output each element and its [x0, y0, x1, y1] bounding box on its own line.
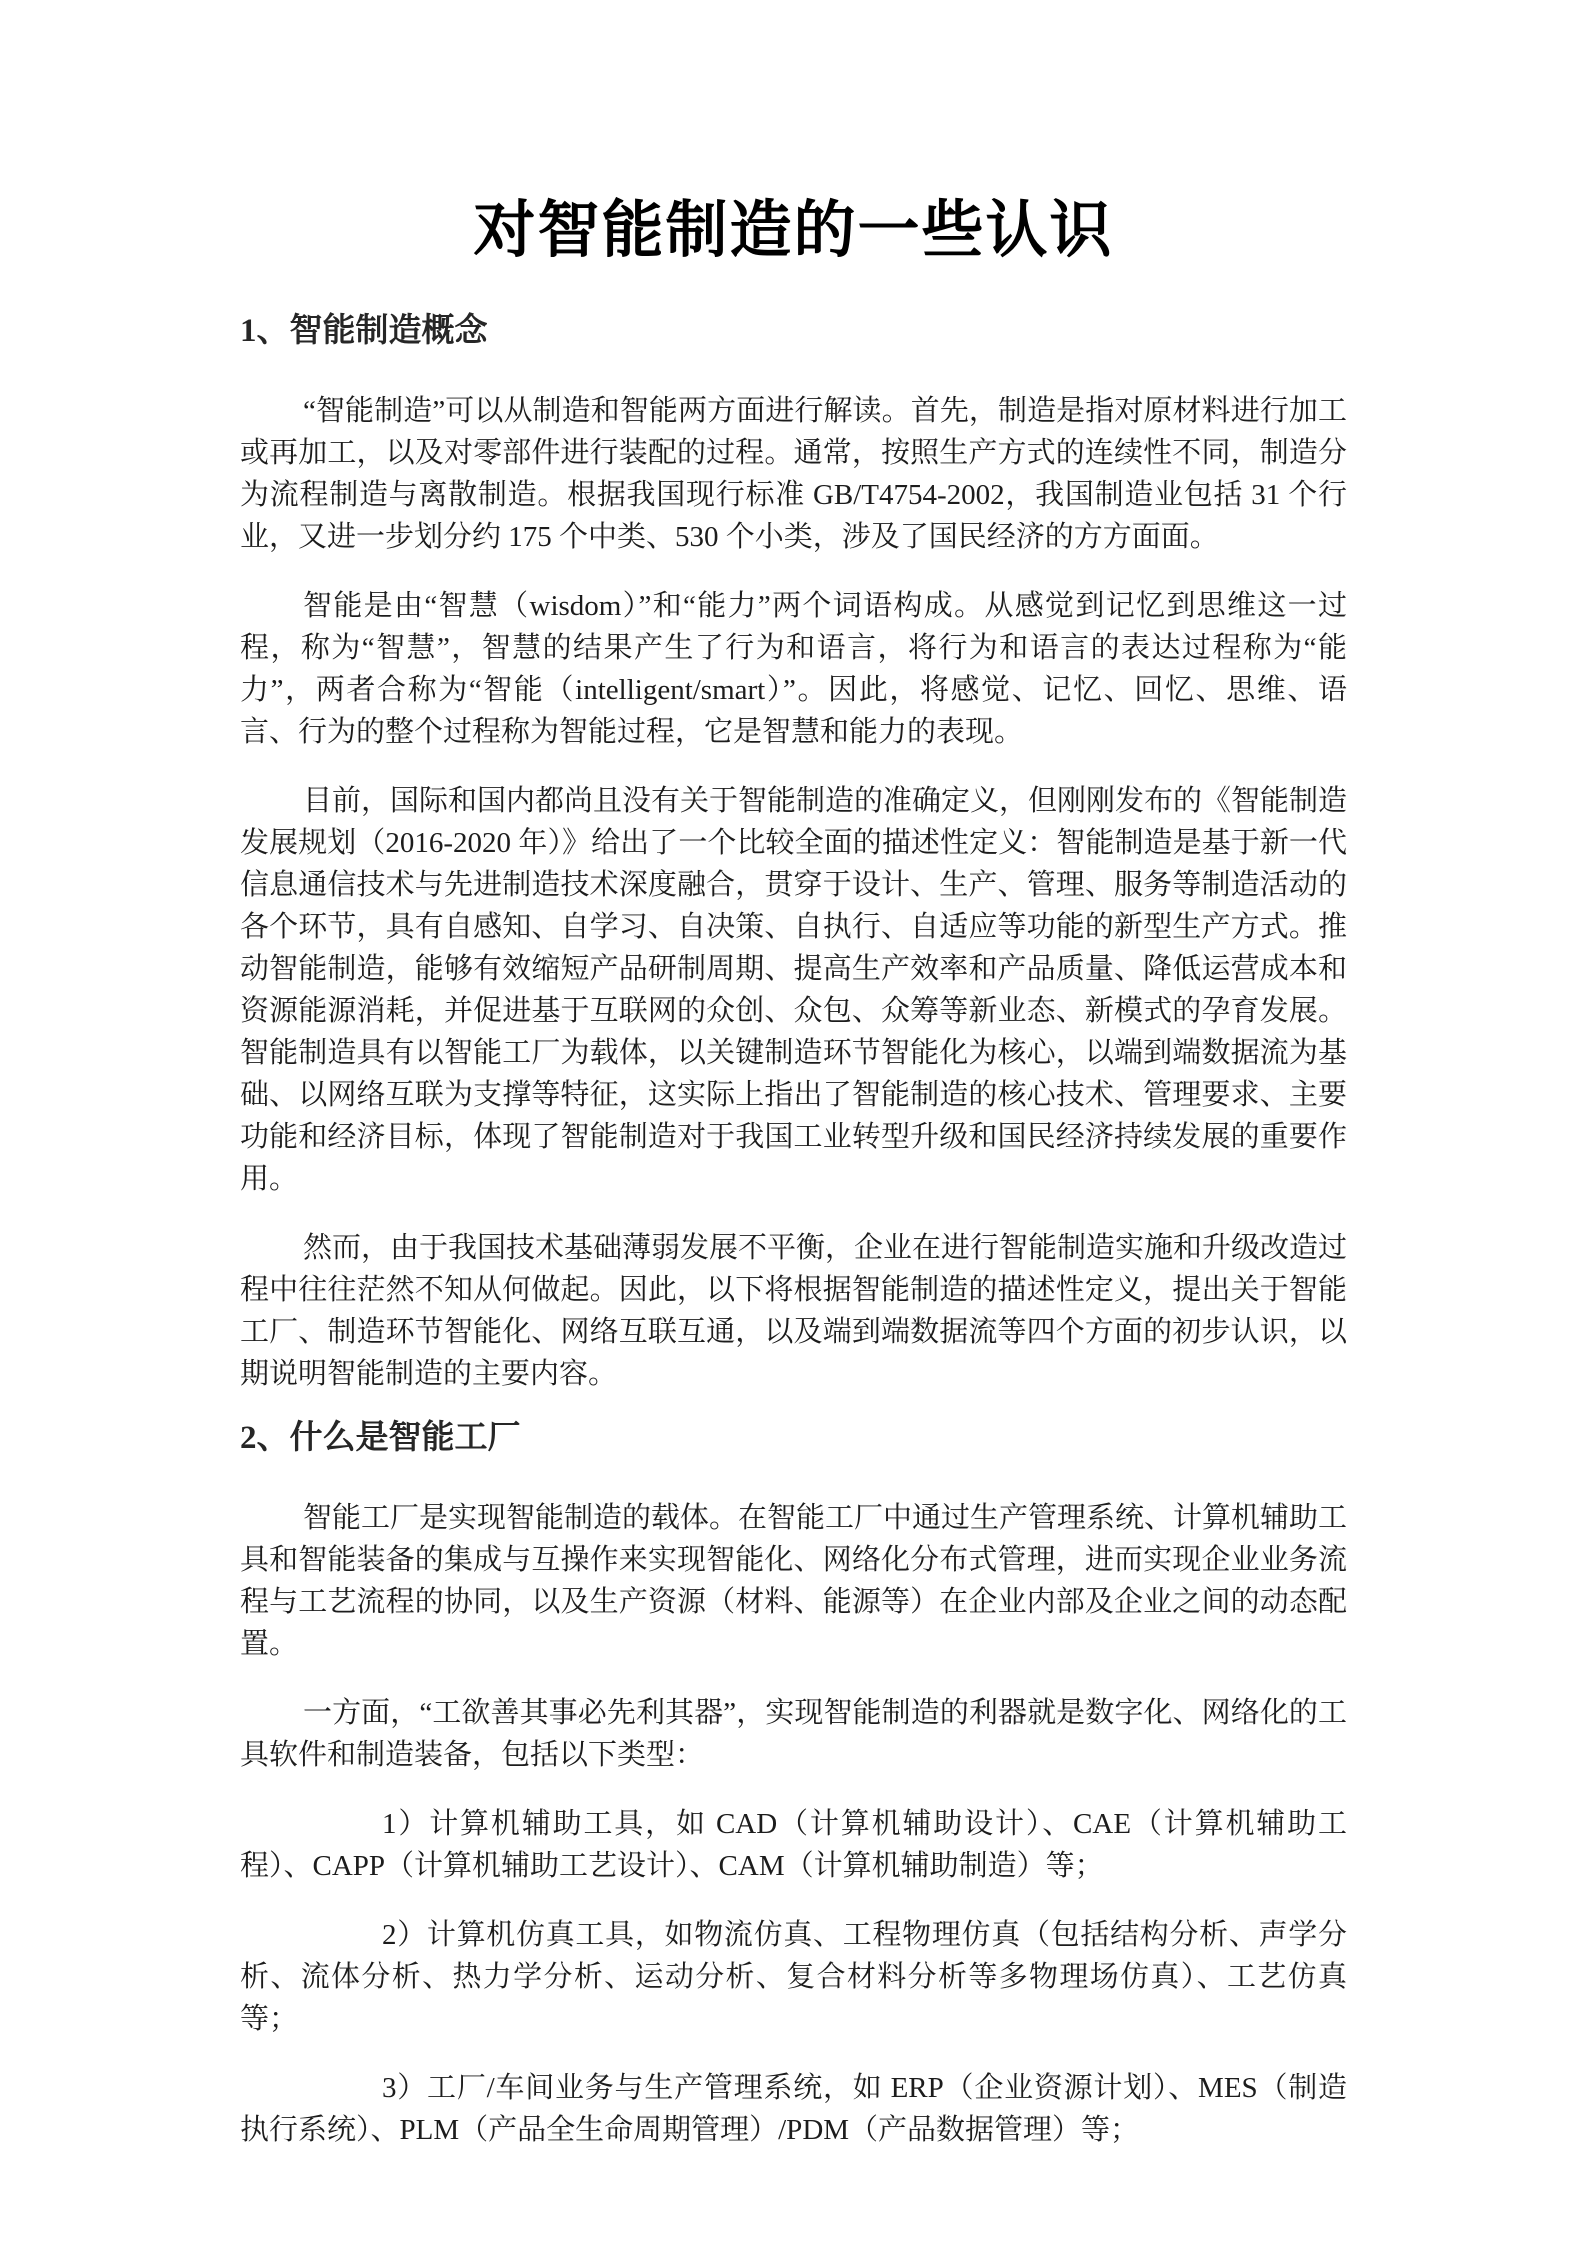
list-item-simulation-tools: 2）计算机仿真工具，如物流仿真、工程物理仿真（包括结构分析、声学分析、流体分析、…: [240, 1914, 1347, 2040]
list-item-management-systems: 3）工厂/车间业务与生产管理系统，如 ERP（企业资源计划）、MES（制造执行系…: [240, 2067, 1347, 2151]
document-page: 对智能制造的一些认识 1、智能制造概念 “智能制造”可以从制造和智能两方面进行解…: [0, 0, 1587, 2245]
list-item-cad-tools: 1）计算机辅助工具，如 CAD（计算机辅助设计）、CAE（计算机辅助工程）、CA…: [240, 1803, 1347, 1887]
paragraph-smart-manufacturing-plan: 目前，国际和国内都尚且没有关于智能制造的准确定义，但刚刚发布的《智能制造发展规划…: [240, 780, 1347, 1200]
paragraph-intelligence-definition: 智能是由“智慧（wisdom）”和“能力”两个词语构成。从感觉到记忆到思维这一过…: [240, 585, 1347, 753]
section-heading-1: 1、智能制造概念: [240, 308, 1347, 354]
paragraph-tools-intro: 一方面，“工欲善其事必先利其器”，实现智能制造的利器就是数字化、网络化的工具软件…: [240, 1692, 1347, 1776]
paragraph-challenges-overview: 然而，由于我国技术基础薄弱发展不平衡，企业在进行智能制造实施和升级改造过程中往往…: [240, 1227, 1347, 1395]
paragraph-concept-definition: “智能制造”可以从制造和智能两方面进行解读。首先，制造是指对原材料进行加工或再加…: [240, 390, 1347, 558]
section-heading-2: 2、什么是智能工厂: [240, 1415, 1347, 1461]
paragraph-smart-factory-carrier: 智能工厂是实现智能制造的载体。在智能工厂中通过生产管理系统、计算机辅助工具和智能…: [240, 1497, 1347, 1665]
document-title: 对智能制造的一些认识: [240, 0, 1347, 264]
